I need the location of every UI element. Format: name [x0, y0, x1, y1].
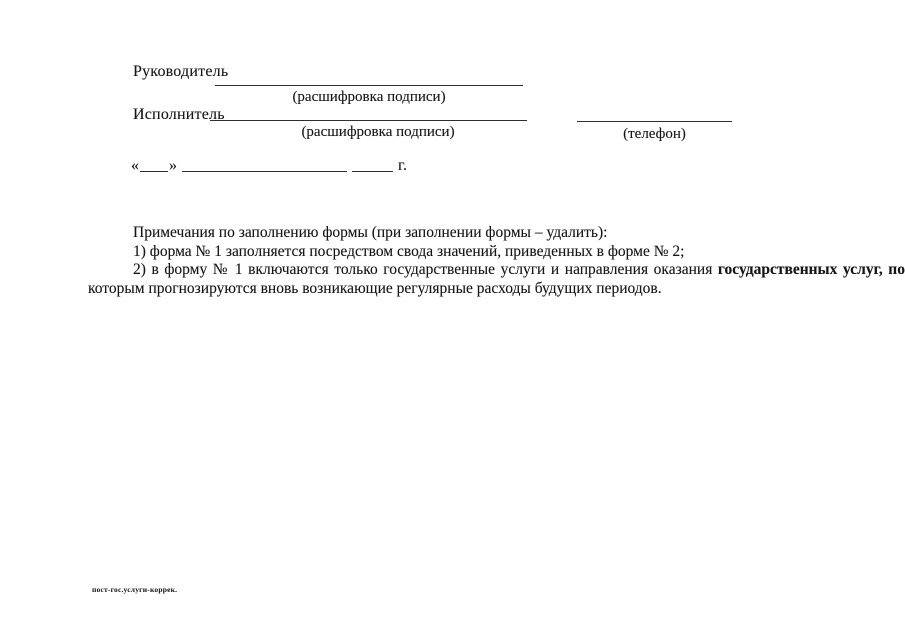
- footer-filename: пост-гос.услуги-коррек.: [92, 585, 177, 594]
- head-signature-caption: (расшифровка подписи): [215, 89, 523, 106]
- date-day-field-line: [140, 171, 168, 172]
- notes-intro-line: Примечания по заполнению формы (при запо…: [88, 224, 905, 243]
- date-month-field-line: [182, 171, 347, 172]
- executor-label: Исполнитель: [133, 106, 225, 124]
- phone-caption: (телефон): [577, 126, 732, 143]
- date-close-quote: »: [169, 157, 177, 175]
- executor-signature-line: [210, 120, 527, 121]
- date-open-quote: «: [131, 157, 139, 175]
- head-signature-line: [215, 85, 523, 86]
- notes-item-2-first-line: 2) в форму № 1 включаются только государ…: [88, 261, 905, 280]
- notes-block: Примечания по заполнению формы (при запо…: [88, 224, 905, 298]
- notes-item-2-bold-text: государственных услуг, по: [718, 261, 905, 278]
- notes-item-2-normal-text: 2) в форму № 1 включаются только государ…: [133, 261, 718, 278]
- notes-item-2-second-line: которым прогнозируются вновь возникающие…: [88, 280, 905, 299]
- executor-signature-caption: (расшифровка подписи): [228, 124, 528, 141]
- head-label: Руководитель: [133, 63, 228, 81]
- date-year-field-line: [352, 171, 393, 172]
- scanned-document-page: Руководитель (расшифровка подписи) Испол…: [0, 0, 905, 640]
- phone-line: [577, 121, 732, 122]
- date-year-suffix: г.: [398, 157, 407, 175]
- notes-item-1: 1) форма № 1 заполняется посредством сво…: [88, 243, 905, 262]
